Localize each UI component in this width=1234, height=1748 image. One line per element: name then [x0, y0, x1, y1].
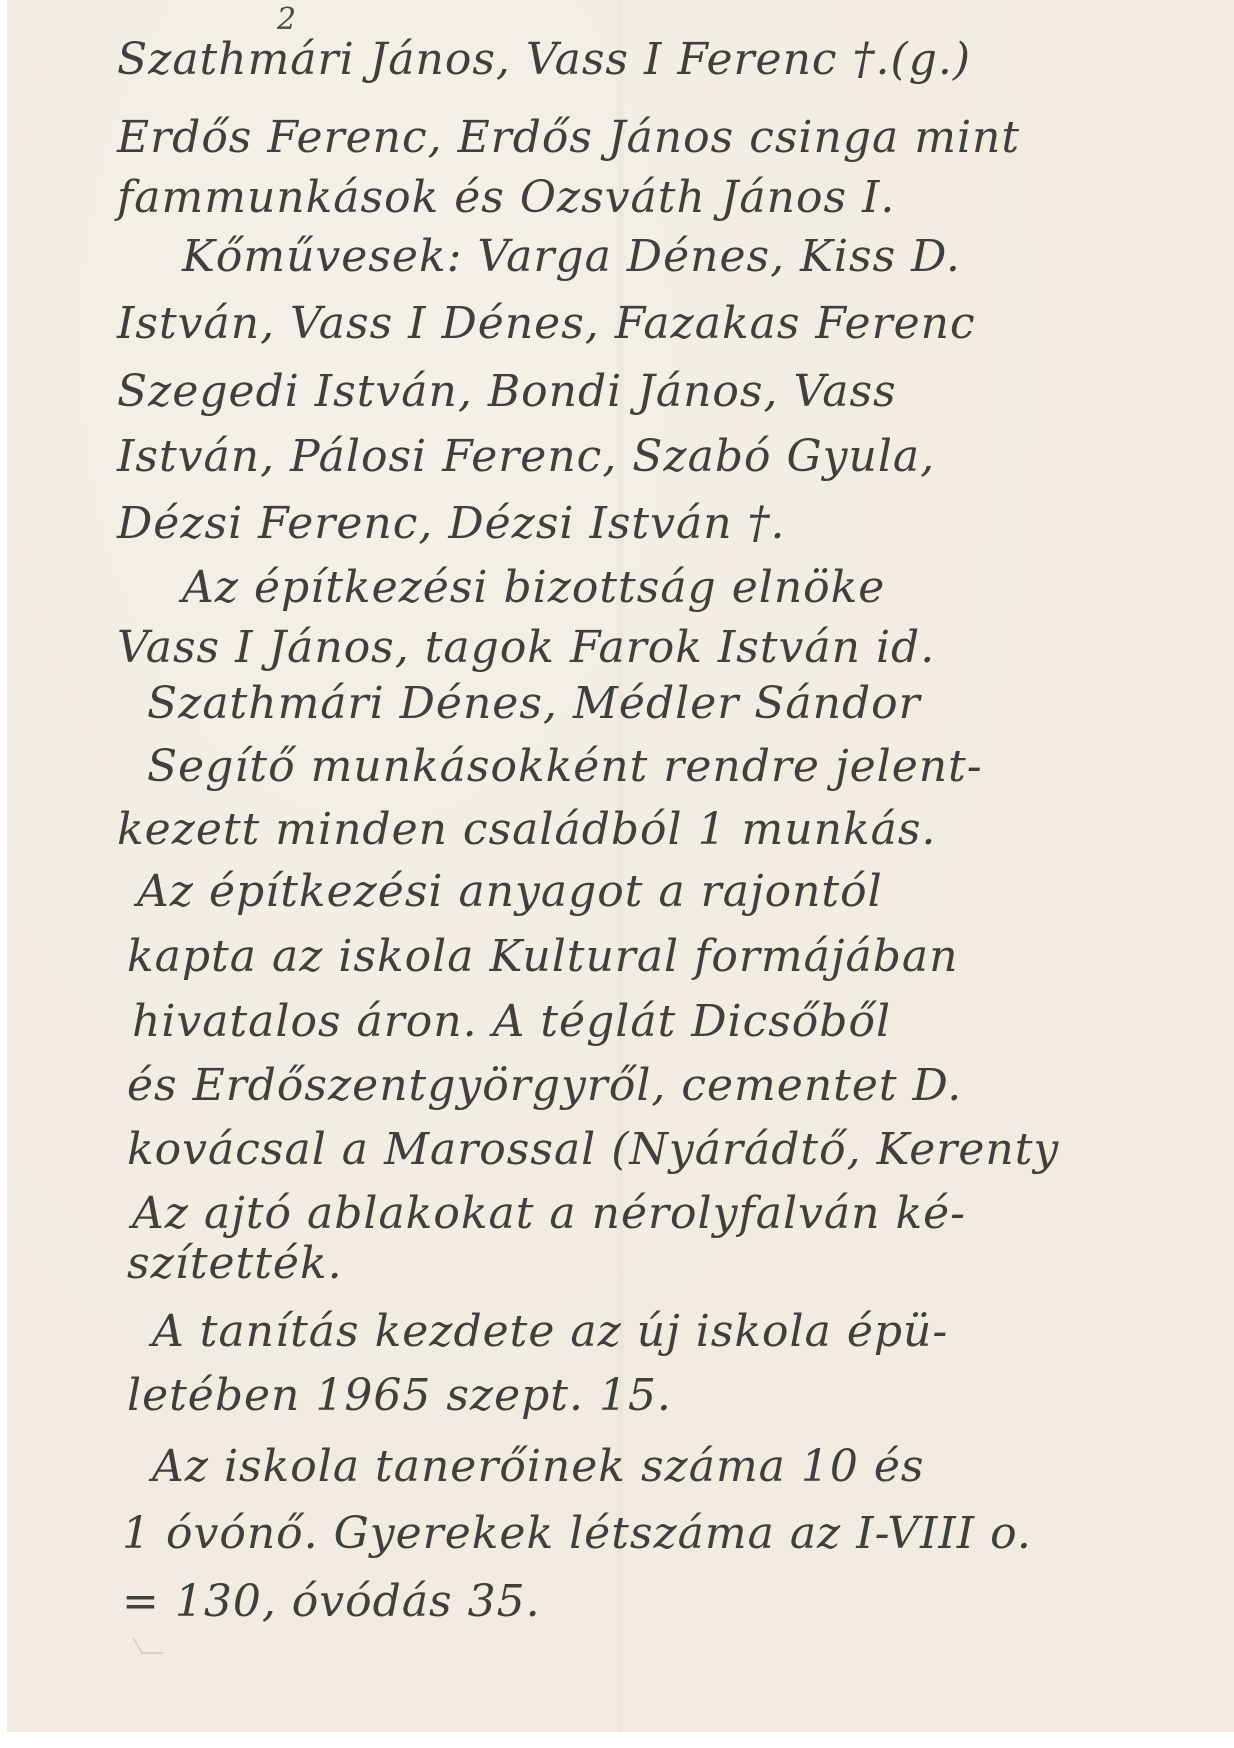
- text-line: A tanítás kezdete az új iskola épü-: [152, 1310, 948, 1354]
- text-line: Az építkezési anyagot a rajontól: [137, 870, 883, 914]
- text-line: letében 1965 szept. 15.: [127, 1374, 672, 1418]
- text-line: Az iskola tanerőinek száma 10 és: [152, 1445, 924, 1489]
- text-line: és Erdőszentgyörgyről, cementet D.: [127, 1064, 962, 1108]
- paper-mark: [132, 1638, 163, 1654]
- text-line: Dézsi Ferenc, Dézsi István †.: [117, 502, 786, 546]
- text-line: Vass I János, tagok Farok István id.: [117, 626, 935, 670]
- text-line: fammunkások és Ozsváth János I.: [117, 176, 895, 220]
- text-line: kezett minden családból 1 munkás.: [117, 808, 936, 852]
- text-line: Az ajtó ablakokat a nérolyfalván ké-: [132, 1192, 966, 1236]
- text-line: kovácsal a Marossal (Nyárádtő, Kerenty: [127, 1128, 1059, 1172]
- text-line: István, Vass I Dénes, Fazakas Ferenc: [117, 302, 976, 346]
- text-line: Az építkezési bizottság elnöke: [182, 566, 885, 610]
- text-line: kapta az iskola Kultural formájában: [127, 935, 959, 979]
- text-line: Szathmári János, Vass I Ferenc †.(g.): [117, 38, 971, 82]
- text-line: Szathmári Dénes, Médler Sándor: [147, 682, 921, 726]
- text-line: Erdős Ferenc, Erdős János csinga mint: [117, 116, 1020, 160]
- text-line: István, Pálosi Ferenc, Szabó Gyula,: [117, 435, 935, 479]
- text-line: Segítő munkásokként rendre jelent-: [147, 745, 983, 789]
- text-line: szítették.: [127, 1242, 343, 1286]
- text-line: = 130, óvódás 35.: [122, 1580, 541, 1624]
- text-line: hivatalos áron. A téglát Dicsőből: [132, 1000, 891, 1044]
- text-line: Kőművesek: Varga Dénes, Kiss D.: [182, 235, 961, 279]
- text-line: Szegedi István, Bondi János, Vass: [117, 370, 897, 414]
- page-number: 2: [277, 2, 296, 37]
- text-line: 1 óvónő. Gyerekek létszáma az I-VIII o.: [122, 1512, 1032, 1556]
- handwritten-page: 2 Szathmári János, Vass I Ferenc †.(g.) …: [7, 0, 1234, 1732]
